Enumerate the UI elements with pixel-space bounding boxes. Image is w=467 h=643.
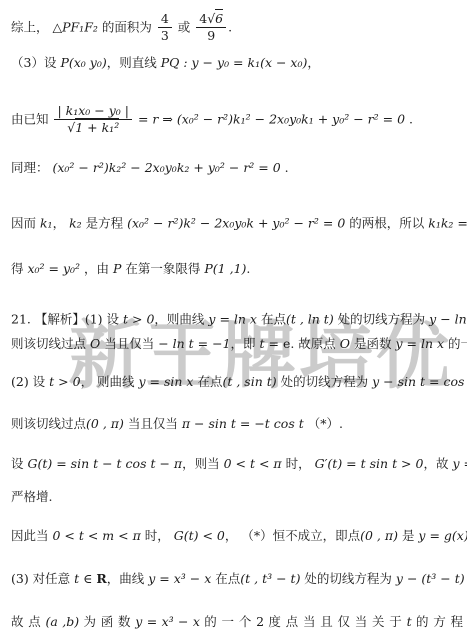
text-segment: 为 函 数 <box>79 614 135 629</box>
text-segment: ， 则曲线 <box>81 374 139 389</box>
solution-line-part1-conclusion: 则该切线过点 O 当且仅当 − ln t = −1，即 t = e. 故原点 O… <box>11 335 463 352</box>
text-segment: G(t) = sin t − t cos t − π <box>27 456 182 471</box>
text-segment: 得 <box>11 261 27 276</box>
text-segment: 的面积为 <box>98 19 156 34</box>
text-segment: t > 0 <box>123 311 154 326</box>
fraction: 4√69 <box>196 12 226 44</box>
text-segment: y − ln t = <box>429 311 467 326</box>
text-segment: 在点 <box>211 571 240 586</box>
text-segment: ，由 <box>80 261 113 276</box>
text-segment: 21. 【解析】(1) 设 <box>11 311 123 326</box>
text-segment: O <box>340 336 350 351</box>
text-segment: 或 <box>174 19 194 34</box>
fraction: | k₁x₀ − y₀ |√1 + k₁² <box>54 104 132 136</box>
text-segment: G′(t) = t sin t > 0 <box>315 456 424 471</box>
text-segment: 9 <box>207 28 215 43</box>
text-segment: (x₀² − r²)k₂² − 2x₀y₀k₂ + y₀² − r² = 0 <box>52 160 280 175</box>
text-segment: y = sin x <box>139 374 194 389</box>
text-segment: x₀² = y₀² <box>27 261 80 276</box>
text-segment: 是方程 <box>82 215 127 230</box>
text-segment: 因此当 <box>11 528 52 543</box>
text-segment: ， （*）恒不成立，即点 <box>225 528 360 543</box>
text-segment: 时， <box>141 528 174 543</box>
text-segment: (0 , π) <box>86 416 124 431</box>
text-segment: （3）设 <box>11 55 60 70</box>
text-segment: (t , t³ − t) <box>240 571 300 586</box>
text-segment: ， <box>307 55 320 70</box>
text-segment: 由已知 <box>11 111 52 126</box>
solution-line-part2-conclusion: 因此当 0 < t < m < π 时， G(t) < 0， （*）恒不成立，即… <box>11 527 463 544</box>
text-segment: 严格增. <box>11 489 52 504</box>
text-segment: ，即 <box>231 336 260 351</box>
solution-line-first-quadrant: 得 x₀² = y₀² ，由 P 在第一象限得 P(1 ,1). <box>11 260 463 277</box>
solution-line-part3-setup: （3）设 P(x₀ y₀)，则直线 PQ : y − y₀ = k₁(x − x… <box>11 54 463 71</box>
text-segment: 综上， <box>11 19 52 34</box>
text-segment: ，故 <box>423 456 452 471</box>
text-segment: y − sin t = cos t(x − t) <box>372 374 467 389</box>
text-segment: k₂ <box>69 215 82 230</box>
text-segment: R <box>96 571 106 586</box>
text-segment: 的一个 1 度点. <box>444 336 467 351</box>
radical: √6 <box>207 12 223 26</box>
text-segment: 则该切线过点 <box>11 416 86 431</box>
text-segment: ，则曲线 <box>154 311 208 326</box>
text-segment: 0 < t < π <box>224 456 282 471</box>
text-segment: (2) 设 <box>11 374 49 389</box>
solution-line-part2-monotonic-cont: 严格增. <box>11 488 463 505</box>
fraction: 43 <box>158 12 172 44</box>
document-page: 新王牌培优 综上， △PF₁F₂ 的面积为 43 或 4√69. （3）设 P(… <box>0 0 467 643</box>
solution-line-part3-degree2: 故 点 (a ,b) 为 函 数 y = x³ − x 的 一 个 2 度 点 … <box>11 613 463 630</box>
text-segment: P(x₀ y₀) <box>60 55 106 70</box>
solution-line-roots-product: 因而 k₁， k₂ 是方程 (x₀² − r²)k² − 2x₀y₀k + y₀… <box>11 208 463 240</box>
text-segment: 的两根，所以 <box>345 215 428 230</box>
text-segment: y = x³ − x <box>148 571 211 586</box>
text-segment: PQ : y − y₀ = k₁(x − x₀) <box>161 55 308 70</box>
text-segment: 故 点 <box>11 614 46 629</box>
text-segment: 是 <box>398 528 418 543</box>
text-segment: y = ln x <box>396 336 445 351</box>
text-segment: 3 <box>161 28 169 43</box>
text-segment: . <box>281 160 289 175</box>
text-segment: 设 <box>11 456 27 471</box>
text-segment: . <box>228 19 232 34</box>
solution-line-part2-tangent: (2) 设 t > 0， 则曲线 y = sin x 在点(t , sin t)… <box>11 373 463 390</box>
text-segment: (t , ln t) <box>286 311 334 326</box>
text-segment: 0 < t < m < π <box>52 528 140 543</box>
text-segment: G(t) < 0 <box>174 528 225 543</box>
text-segment: 则该切线过点 <box>11 336 90 351</box>
radical: √1 + k₁² <box>67 121 119 135</box>
solution-line-part3-tangent: (3) 对任意 t ∈ R，曲线 y = x³ − x 在点(t , t³ − … <box>11 570 463 587</box>
radicand: 6 <box>215 9 223 26</box>
text-segment: O <box>90 336 100 351</box>
text-segment: 因而 <box>11 215 40 230</box>
text-segment: t > 0 <box>49 374 80 389</box>
text-segment: 当且仅当 <box>124 416 182 431</box>
text-segment: | k₁x₀ − y₀ | <box>57 103 129 118</box>
radical-sign: √ <box>207 11 215 26</box>
text-segment: y = ln x <box>208 311 257 326</box>
text-segment: 处的切线方程为 <box>334 311 429 326</box>
text-segment: （*）. <box>304 416 343 431</box>
solution-line-part2-monotonic: 设 G(t) = sin t − t cos t − π，则当 0 < t < … <box>11 455 463 472</box>
text-segment: △PF₁F₂ <box>52 19 97 34</box>
solution-line-known-condition: 由已知 | k₁x₀ − y₀ |√1 + k₁² = r ⇒ (x₀² − r… <box>11 104 463 136</box>
text-segment: 4 <box>161 11 169 26</box>
text-segment: ，则当 <box>182 456 223 471</box>
text-segment: − ln t = −1 <box>158 336 230 351</box>
text-segment: 在第一象限得 <box>121 261 204 276</box>
text-segment: = e. 故原点 <box>265 336 340 351</box>
text-segment: 时， <box>282 456 315 471</box>
solution-line-part2-condition: 则该切线过点(0 , π) 当且仅当 π − sin t = −t cos t … <box>11 415 463 432</box>
text-segment: = r ⇒ (x₀² − r²)k₁² − 2x₀y₀k₁ + y₀² − r²… <box>134 111 405 126</box>
text-segment: ，则直线 <box>107 55 161 70</box>
text-segment: ∈ <box>79 571 96 586</box>
text-segment: P(1 ,1) <box>204 261 246 276</box>
text-segment: 在点 <box>193 374 222 389</box>
text-segment: 的 一 个 2 度 点 当 且 仅 当 关 于 <box>200 614 407 629</box>
text-segment: y = x³ − x <box>135 614 200 629</box>
text-segment: 是函数 <box>350 336 395 351</box>
text-segment: (0 , π) <box>360 528 398 543</box>
text-segment: 的 方 程 <box>412 614 463 629</box>
text-segment: (a ,b) <box>46 614 80 629</box>
text-segment: k₁k₂ = <box>428 215 467 230</box>
solution-line-21-part1-tangent: 21. 【解析】(1) 设 t > 0，则曲线 y = ln x 在点(t , … <box>11 304 463 336</box>
text-segment: 同理： <box>11 160 52 175</box>
radicand: 1 + k₁² <box>75 118 119 135</box>
solution-line-conclusion-triangle-area: 综上， △PF₁F₂ 的面积为 43 或 4√69. <box>11 12 463 44</box>
text-segment: ， <box>53 215 69 230</box>
text-segment: k₁ <box>40 215 53 230</box>
text-segment: y = g(x) <box>418 528 467 543</box>
text-segment: (t , sin t) <box>222 374 276 389</box>
text-segment: 处的切线方程为 <box>277 374 372 389</box>
text-segment: . <box>405 111 413 126</box>
text-segment: . <box>246 261 250 276</box>
text-segment: 在点 <box>257 311 286 326</box>
text-segment: ，曲线 <box>107 571 148 586</box>
solution-line-similarly: 同理： (x₀² − r²)k₂² − 2x₀y₀k₂ + y₀² − r² =… <box>11 159 463 176</box>
text-segment: 4 <box>199 11 207 26</box>
text-segment: (3) 对任意 <box>11 571 74 586</box>
text-segment: π − sin t = −t cos t <box>182 416 304 431</box>
text-segment: 当且仅当 <box>100 336 158 351</box>
text-segment: y − (t³ − t) = (3t² − 1)(x − t) <box>396 571 467 586</box>
text-segment: y = G(t) <box>452 456 467 471</box>
text-segment: 处的切线方程为 <box>300 571 395 586</box>
text-segment: (x₀² − r²)k² − 2x₀y₀k + y₀² − r² = 0 <box>127 215 345 230</box>
